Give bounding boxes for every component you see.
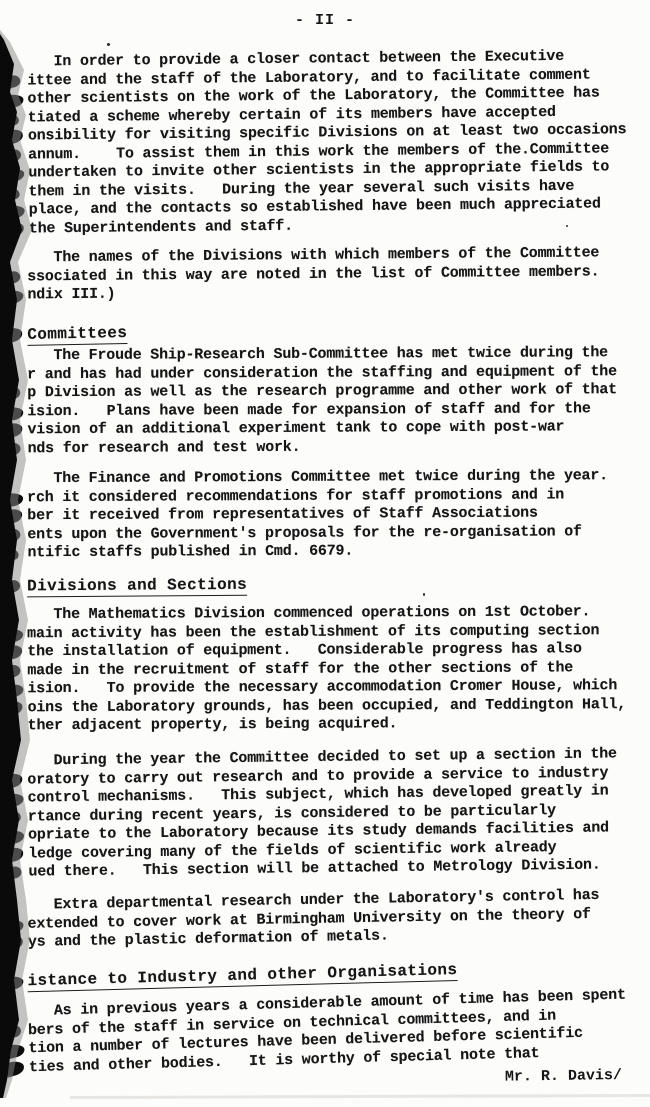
line-text: ndix III.) xyxy=(27,286,115,304)
heading-text: Divisions and Sections xyxy=(27,576,247,598)
ink-blot xyxy=(2,326,24,342)
text-line: rch it considered recommendations for st… xyxy=(27,484,646,506)
section-heading-subcommittees: Committees xyxy=(27,313,646,345)
line-text: vision of an additional experiment tank … xyxy=(27,418,564,438)
line-text: The Froude Ship-Research Sub-Committee h… xyxy=(27,344,608,364)
heading-text: Committees xyxy=(27,323,127,345)
line-text: The Finance and Promotions Committee met… xyxy=(27,467,608,487)
text-line: r and has had under consideration the st… xyxy=(27,361,646,383)
line-text: ther adjacent property, is being acquire… xyxy=(28,715,398,734)
ink-blot xyxy=(3,1059,25,1076)
ink-blot xyxy=(1,792,24,807)
ink-blot xyxy=(2,508,23,524)
ink-blot xyxy=(2,270,21,284)
text-line: vision of an additional experiment tank … xyxy=(27,416,646,438)
paragraph-froude-subcommittee: The Froude Ship-Research Sub-Committee h… xyxy=(27,343,647,457)
scan-bottom-edge xyxy=(70,1094,650,1099)
paragraph-extra-departmental: Extra departmental research under the La… xyxy=(27,885,647,951)
ink-blot xyxy=(2,168,25,183)
ink-blot xyxy=(2,205,25,220)
ink-blot xyxy=(3,664,22,678)
ink-blot xyxy=(4,369,19,383)
ink-blot xyxy=(4,548,19,562)
line-text: the Superintendents and staff. xyxy=(29,217,293,237)
line-text: rch it considered recommendations for st… xyxy=(27,485,564,505)
line-text: r and has had under consideration the st… xyxy=(27,362,617,382)
ink-blot xyxy=(2,829,25,844)
line-text: made in the recruitment of staff for the… xyxy=(27,659,573,679)
ink-blot xyxy=(1,492,24,507)
text-line: ntific staffs published in Cmd. 6679. xyxy=(27,539,646,561)
ink-blot xyxy=(3,846,24,862)
ink-blot xyxy=(1,919,24,934)
ink-blot xyxy=(1,975,24,990)
section-heading-divisions: Divisions and Sections xyxy=(27,572,646,596)
line-text: ys and the plastic deformation of metals… xyxy=(28,927,389,950)
section-heading-assistance: istance to Industry and other Organisati… xyxy=(27,955,646,991)
ink-blot xyxy=(1,406,24,421)
line-text: p Division as well as the research progr… xyxy=(27,381,617,401)
ink-blot xyxy=(2,700,23,716)
heading-text: istance to Industry and other Organisati… xyxy=(27,960,457,991)
ink-blot xyxy=(2,1043,25,1058)
ink-blot xyxy=(5,187,20,201)
ink-blot xyxy=(2,129,23,145)
text-line: ision. Plans have been made for expansio… xyxy=(27,398,646,420)
ink-blot xyxy=(2,579,21,593)
ink-blot xyxy=(2,935,24,951)
ink-blot xyxy=(2,772,23,788)
scan-speck xyxy=(107,43,110,46)
text-line: The Froude Ship-Research Sub-Committee h… xyxy=(27,343,646,365)
text-line: ents upon the Government's proposals for… xyxy=(27,521,646,543)
scanned-page: - II - In order to provide a closer cont… xyxy=(0,0,650,1107)
line-text: ntific staffs published in Cmd. 6679. xyxy=(27,542,353,561)
ink-blot xyxy=(2,644,23,660)
line-text: ber it received from representatives of … xyxy=(27,504,538,524)
text-line: The Finance and Promotions Committee met… xyxy=(27,466,646,488)
text-line: p Division as well as the research progr… xyxy=(27,379,646,401)
ink-blot xyxy=(3,527,22,541)
ink-blot xyxy=(5,721,20,735)
paragraph-committee-divisions: The names of the Divisions with which me… xyxy=(27,243,646,304)
ink-blot xyxy=(3,74,22,88)
scan-speck xyxy=(566,225,568,227)
ink-blot xyxy=(1,684,24,699)
ink-blot xyxy=(3,221,24,237)
paragraph-finance-committee: The Finance and Promotions Committee met… xyxy=(27,466,646,562)
ink-blot xyxy=(3,148,22,162)
page-number: - II - xyxy=(0,12,650,29)
ink-blot xyxy=(3,441,22,455)
ink-blot xyxy=(3,1023,22,1038)
ink-blot xyxy=(3,810,22,824)
paragraph-mathematics-division: The Mathematics Division commenced opera… xyxy=(27,602,647,735)
line-text: the installation of equipment. Considera… xyxy=(27,640,582,660)
paragraph-control-mechanisms-section: During the year the Committee decided to… xyxy=(27,744,648,881)
ink-blot xyxy=(5,113,20,127)
text-line: ber it received from representatives of … xyxy=(27,502,646,524)
line-text: ision. Plans have been made for expansio… xyxy=(27,399,590,419)
ink-blot xyxy=(2,386,21,400)
ink-blot xyxy=(1,628,24,643)
text-line: ther adjacent property, is being acquire… xyxy=(28,713,647,735)
ink-blot xyxy=(4,865,23,879)
paragraph-visits-scheme: In order to provide a closer contact bet… xyxy=(27,46,648,237)
page-content: In order to provide a closer contact bet… xyxy=(0,46,646,1088)
ink-blot xyxy=(1,290,24,305)
line-text: nds for research and test work. xyxy=(27,438,300,456)
text-line: nds for research and test work. xyxy=(27,435,646,457)
line-text: ents upon the Government's proposals for… xyxy=(27,522,582,542)
ink-blot xyxy=(1,94,24,109)
scan-speck xyxy=(423,593,425,596)
ink-blot xyxy=(2,422,23,438)
paragraph-technical-committees: As in previous years a considerable amou… xyxy=(27,985,648,1076)
